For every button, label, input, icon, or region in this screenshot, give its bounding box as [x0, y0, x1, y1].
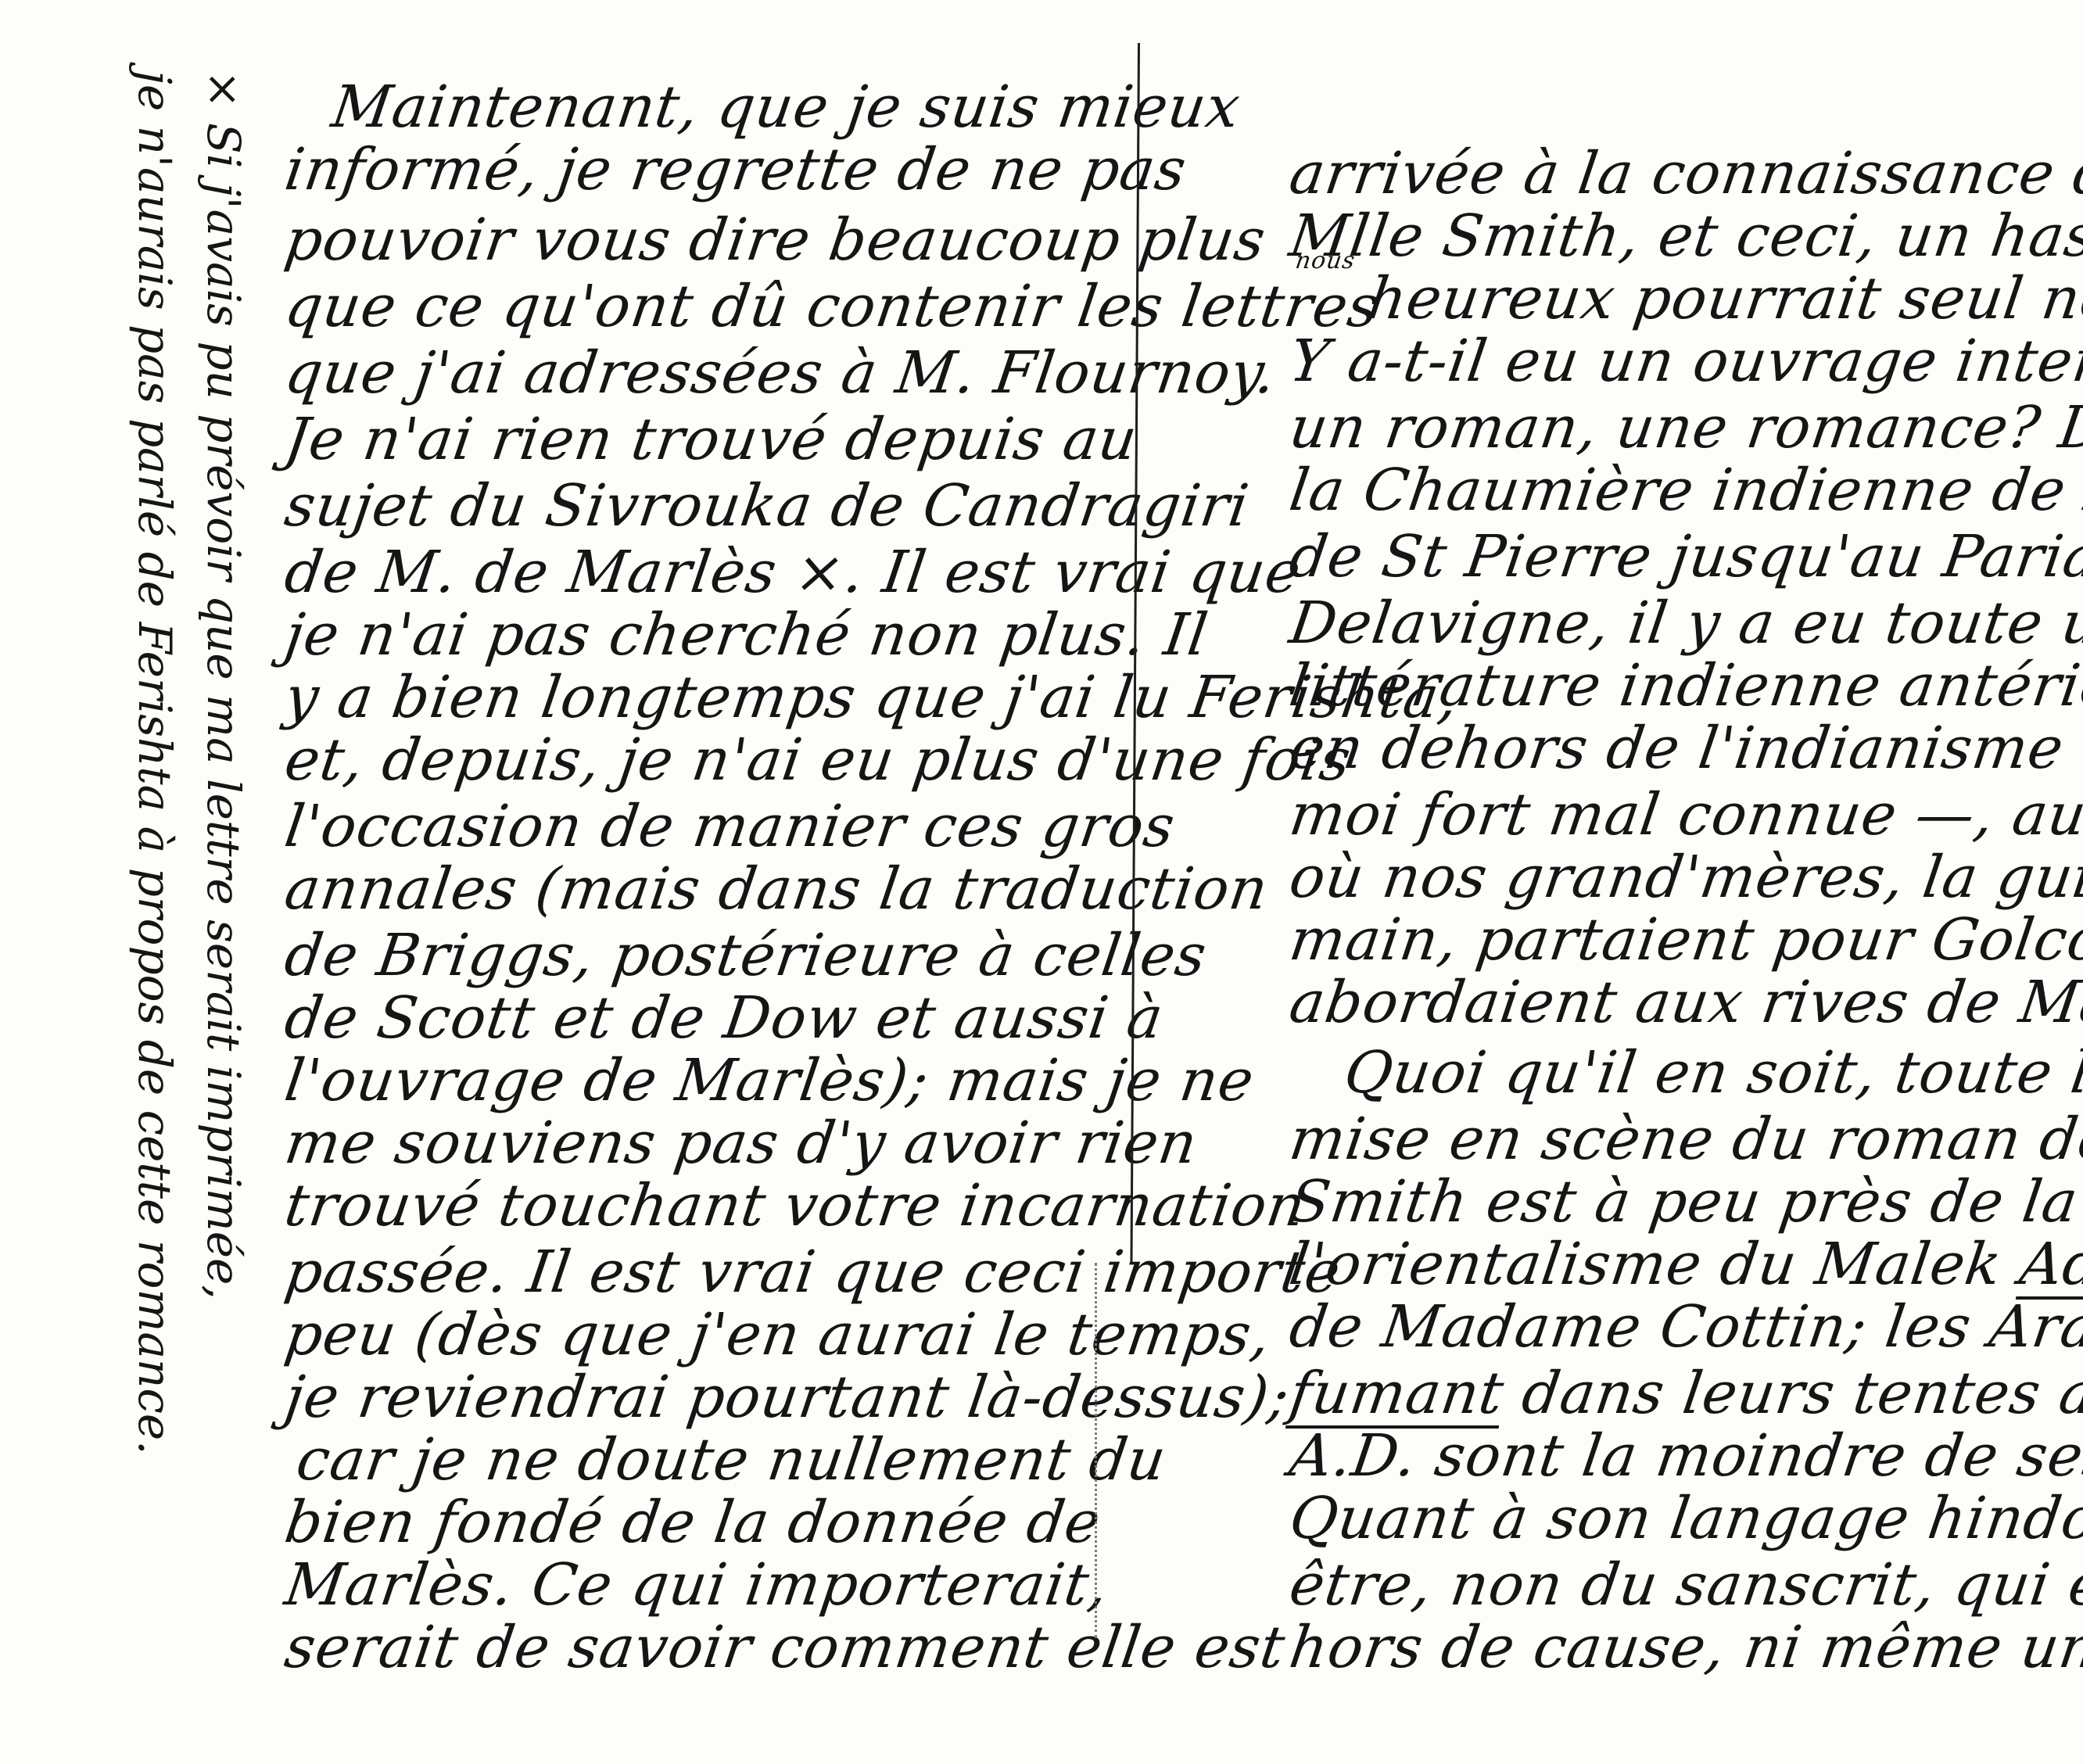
underlined-word: fumant — [1285, 1360, 1508, 1427]
text-line: annales (mais dans la traduction — [281, 860, 1272, 918]
text-line: moi fort mal connue —, au temps — [1286, 786, 2083, 844]
text-line: Quant à son langage hindou, ce devrait — [1286, 1490, 2083, 1547]
text-line: Marlès. Ce qui importerait, — [281, 1556, 1112, 1614]
margin-note-line: × Si j'avais pu prévoir que ma lettre se… — [189, 70, 258, 1540]
text-line: abordaient aux rives de Madras. — [1286, 973, 2083, 1031]
text-line: de Scott et de Dow et aussi à — [281, 989, 1167, 1047]
text-line: de St Pierre jusqu'au Paria de Casimir — [1286, 528, 2083, 586]
text-line: serait de savoir comment elle est — [281, 1619, 1289, 1676]
insertion-above: nous — [1294, 247, 1357, 274]
text-line: Mlle Smith, et ceci, un hasard — [1286, 207, 2083, 265]
text-line: pouvoir vous dire beaucoup plus — [281, 211, 1269, 269]
text-line: Smith est à peu près de la force de — [1286, 1173, 2083, 1231]
text-line: être, non du sanscrit, qui est absolumen… — [1286, 1556, 2083, 1614]
text-line: l'ouvrage de Marlès); mais je ne — [281, 1052, 1257, 1110]
text-line: Delavigne, il y a eu toute une — [1286, 594, 2083, 652]
text-line: bien fondé de la donnée de — [281, 1493, 1104, 1551]
text-line: l'orientalisme du Malek Adhel — [1286, 1235, 2083, 1293]
text-line: de Madame Cottin; les Arabes — [1286, 1298, 2083, 1356]
text-line: je n'ai pas cherché non plus. Il — [281, 606, 1212, 664]
margin-note-line: je n'aurais pas parlé de Ferishta à prop… — [120, 70, 189, 1540]
text-line: hors de cause, ni même un dialecte — [1286, 1619, 2083, 1676]
text-line: Maintenant, que je suis mieux — [328, 78, 1244, 136]
text-line: A.D. sont la moindre de ses impossibilit… — [1286, 1427, 2083, 1485]
text-line: informé, je regrette de ne pas — [281, 141, 1190, 199]
text-line: nous heureux pourrait seul nous l'appren… — [1286, 270, 2083, 328]
text-line: l'occasion de manier ces gros — [281, 798, 1178, 855]
text-line: que j'ai adressées à M. Flournoy. — [281, 344, 1280, 402]
insertion-word: nous — [1285, 265, 1374, 332]
text-line: littérature indienne antérieure et — [1286, 657, 2083, 715]
text-line: peu (dès que j'en aurai le temps, — [281, 1306, 1275, 1364]
text-line: Quoi qu'il en soit, toute la — [1341, 1044, 2083, 1102]
text-line: arrivée à la connaissance de — [1286, 145, 2083, 203]
underlined-word: Adhel — [2016, 1231, 2083, 1298]
text-line: Y a-t-il eu un ouvrage intermédiaire, — [1286, 332, 2083, 390]
text-line: un roman, une romance? Depuis — [1286, 399, 2083, 457]
text-line: main, partaient pour Golconde et — [1286, 911, 2083, 969]
text-line: car je ne doute nullement du — [293, 1431, 1170, 1489]
right-page: arrivée à la connaissance de Mlle Smith,… — [1142, 0, 2083, 1764]
text-line: en dehors de l'indianisme — et de — [1286, 719, 2083, 777]
text-line: mise en scène du roman de Mlle — [1286, 1110, 2083, 1168]
text-line: la Chaumière indienne de Bernardin — [1286, 461, 2083, 519]
margin-note: × Si j'avais pu prévoir que ma lettre se… — [120, 70, 258, 1540]
left-page: × Si j'avais pu prévoir que ma lettre se… — [0, 0, 1134, 1764]
text-line: me souviens pas d'y avoir rien — [281, 1114, 1201, 1172]
text-line: où nos grand'mères, la guitare à la — [1286, 848, 2083, 906]
text-line: fumant dans leurs tentes avant 1400 — [1286, 1364, 2083, 1422]
text-line-content: heureux pourrait seul nous l'apprendre. — [1364, 265, 2083, 332]
text-line: Je n'ai rien trouvé depuis au — [281, 411, 1141, 468]
page-divider-dotted — [1095, 1263, 1097, 1638]
text-line: de Briggs, postérieure à celles — [281, 927, 1210, 984]
text-line: sujet du Sivrouka de Candragiri — [281, 477, 1253, 535]
